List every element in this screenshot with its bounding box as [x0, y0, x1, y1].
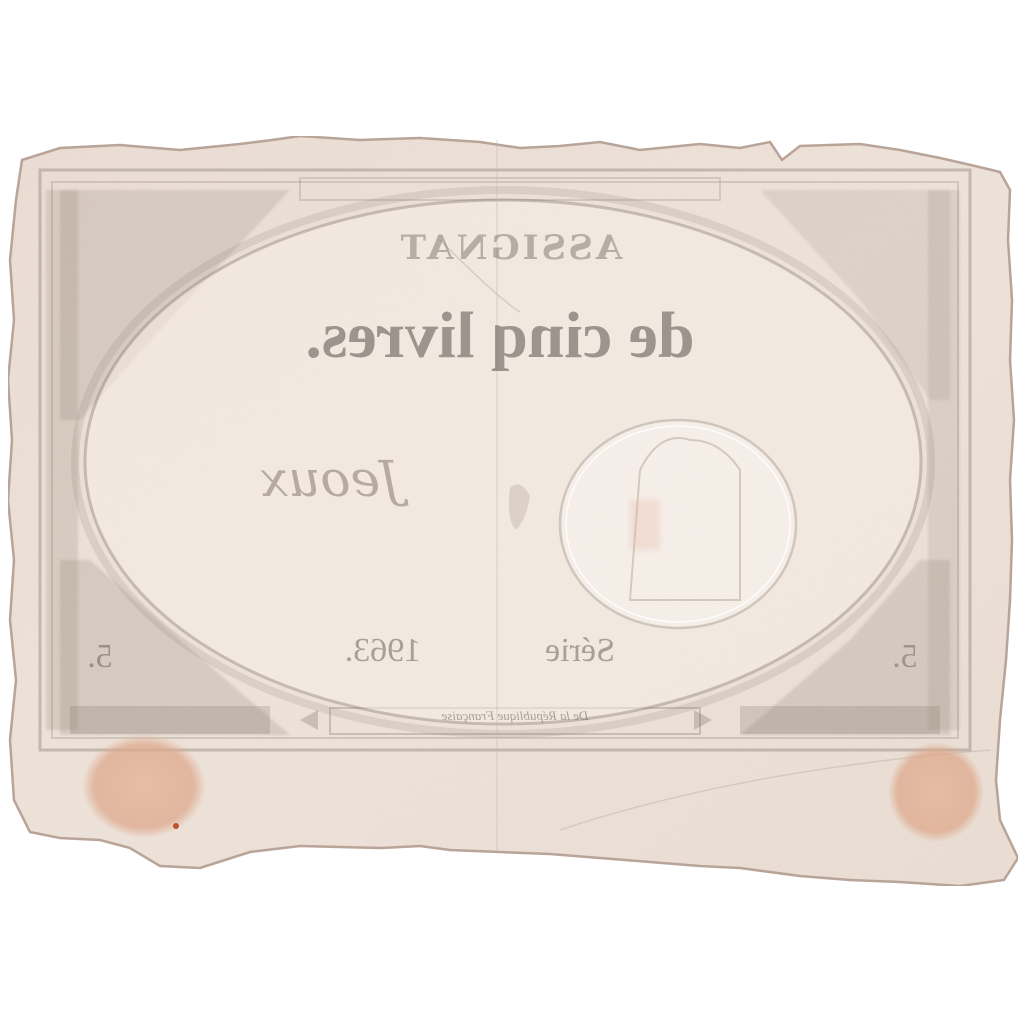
bottom-banner-right — [740, 706, 940, 734]
stain-bottom-left — [82, 734, 206, 838]
stain-dot — [173, 823, 179, 829]
dry-seal — [560, 420, 796, 628]
banknote-photo — [0, 0, 1024, 1024]
bottom-banner-left — [70, 706, 270, 734]
stain-bottom-right — [888, 742, 984, 842]
central-oval — [85, 200, 921, 724]
photo-scene: ASSIGNAT de cinq livres. Jeoux Série 196… — [0, 0, 1024, 1024]
